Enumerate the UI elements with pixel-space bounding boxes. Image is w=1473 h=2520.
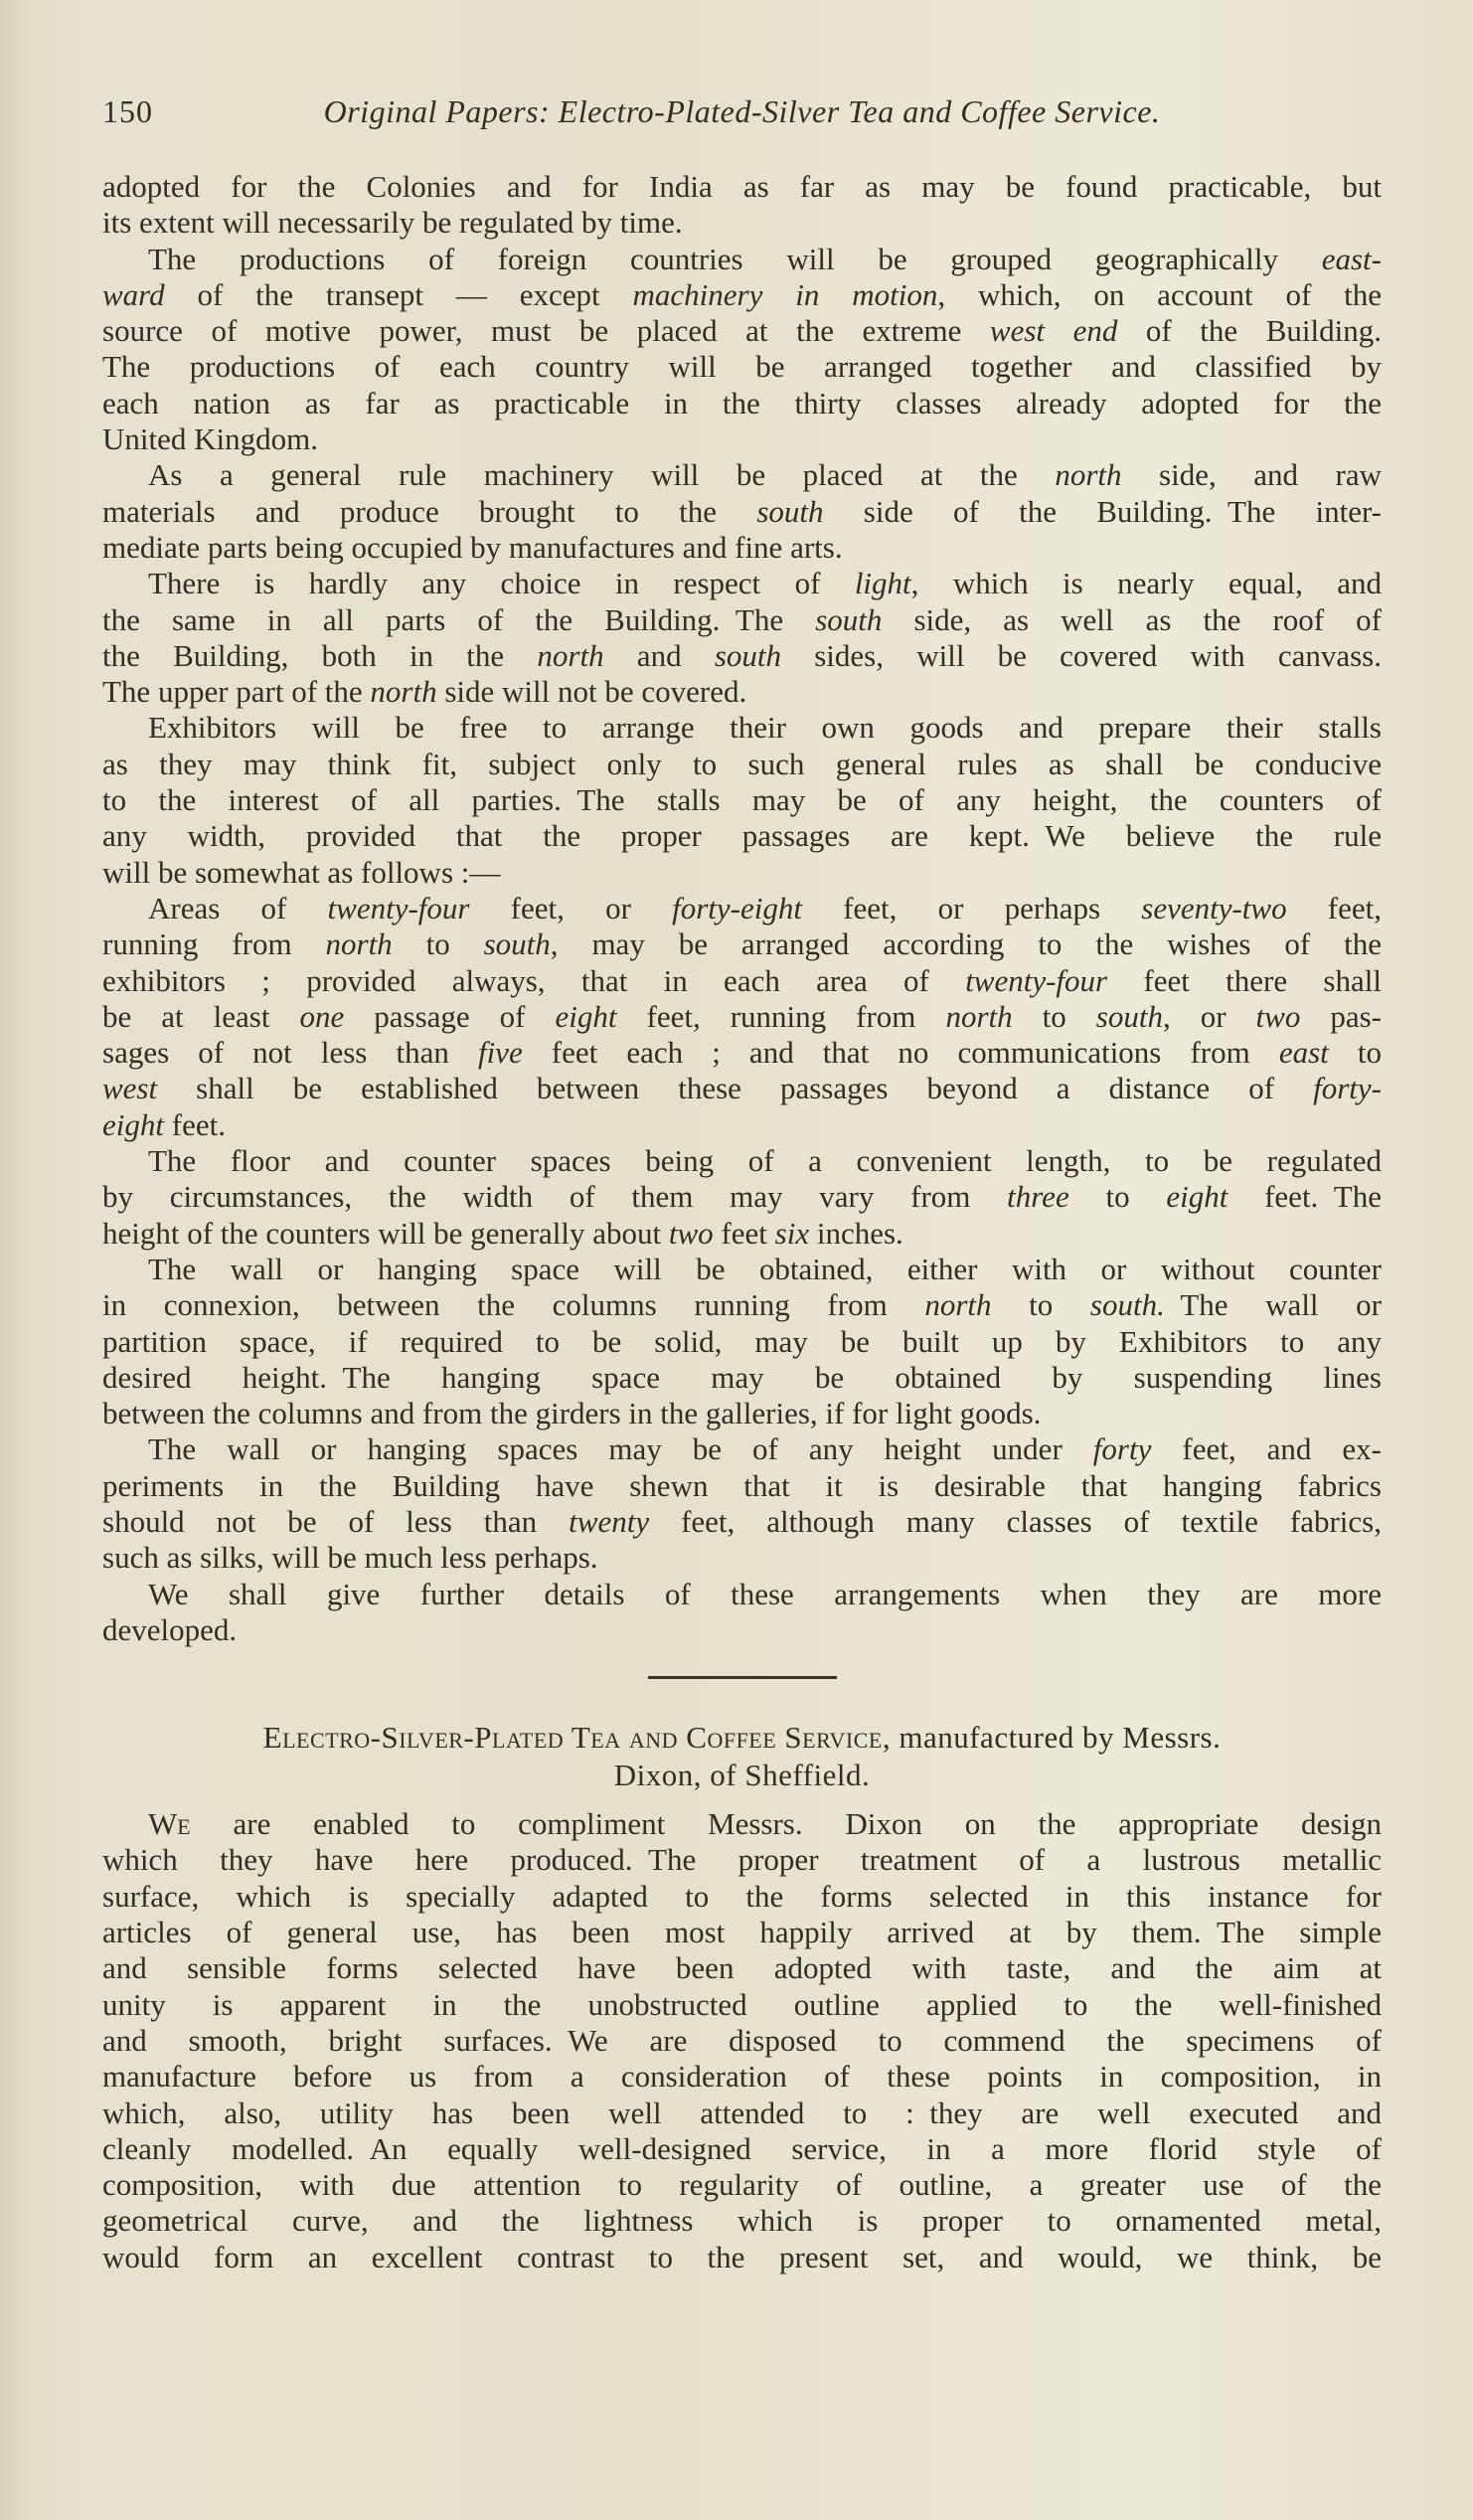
- text-run: We shall give further details of these a…: [148, 1577, 1382, 1611]
- text-run: articles of general use, has been most h…: [102, 1915, 1382, 1949]
- text-run: source of motive power, must be placed a…: [102, 313, 990, 348]
- running-title: Original Papers: Electro-Plated-Silver T…: [102, 91, 1382, 131]
- text-run: which, also, utility has been well atten…: [102, 2096, 1382, 2130]
- text-run: side, and raw: [1122, 457, 1383, 492]
- italic-text-run: light: [855, 566, 911, 600]
- text-run: sides, will be covered with canvass.: [781, 638, 1382, 673]
- text-run: adopted for the Colonies and for India a…: [102, 169, 1382, 204]
- text-run: its extent will necessarily be regulated…: [102, 205, 683, 240]
- text-line: the same in all parts of the Building. T…: [102, 602, 1382, 638]
- text-run: mediate parts being occupied by manufact…: [102, 530, 843, 565]
- text-line: its extent will necessarily be regulated…: [102, 205, 1382, 241]
- text-run: shall be established between these passa…: [157, 1071, 1313, 1105]
- text-run: feet, or perhaps: [802, 891, 1141, 925]
- text-run: , may be arranged according to the wishe…: [551, 926, 1382, 961]
- text-run: As a general rule machinery will be plac…: [148, 457, 1055, 492]
- text-run: and sensible forms selected have been ad…: [102, 1950, 1382, 1985]
- text-run: manufactured by Messrs.: [891, 1720, 1221, 1755]
- text-line: The wall or hanging space will be obtain…: [102, 1252, 1382, 1287]
- text-line: any width, provided that the proper pass…: [102, 818, 1382, 854]
- text-run: and smooth, bright surfaces. We are disp…: [102, 2023, 1382, 2058]
- italic-text-run: north: [326, 926, 393, 961]
- text-line: composition, with due attention to regul…: [102, 2167, 1382, 2203]
- page-body: adopted for the Colonies and for India a…: [102, 169, 1382, 2275]
- text-line: which they have here produced. The prope…: [102, 1842, 1382, 1878]
- scanned-book-page: Original Papers: Electro-Plated-Silver T…: [0, 0, 1473, 2520]
- text-line: should not be of less than twenty feet, …: [102, 1504, 1382, 1540]
- text-run: will be somewhat as follows :—: [102, 855, 500, 890]
- italic-text-run: machinery in motion: [633, 277, 938, 312]
- text-line: adopted for the Colonies and for India a…: [102, 169, 1382, 205]
- text-run: to: [1069, 1179, 1167, 1214]
- text-run: , which, on account of the: [937, 277, 1382, 312]
- text-line: and sensible forms selected have been ad…: [102, 1950, 1382, 1986]
- paragraph: We shall give further details of these a…: [102, 1577, 1382, 1649]
- italic-text-run: south: [484, 926, 551, 961]
- paragraph: adopted for the Colonies and for India a…: [102, 169, 1382, 242]
- text-line: be at least one passage of eight feet, r…: [102, 999, 1382, 1035]
- text-run: The upper part of the: [102, 674, 370, 709]
- text-run: the Building, both in the: [102, 638, 537, 673]
- text-run: geometrical curve, and the lightness whi…: [102, 2203, 1382, 2238]
- text-run: as they may think fit, subject only to s…: [102, 747, 1382, 781]
- text-line: mediate parts being occupied by manufact…: [102, 530, 1382, 566]
- italic-text-run: south: [815, 602, 882, 637]
- italic-text-run: eight: [556, 999, 617, 1034]
- text-line: as they may think fit, subject only to s…: [102, 747, 1382, 782]
- paragraph: The wall or hanging space will be obtain…: [102, 1252, 1382, 1431]
- text-run: be at least: [102, 999, 299, 1034]
- text-line: and smooth, bright surfaces. We are disp…: [102, 2023, 1382, 2059]
- text-run: desired height. The hanging space may be…: [102, 1360, 1382, 1395]
- text-line: The floor and counter spaces being of a …: [102, 1143, 1382, 1179]
- text-run: Dixon, of Sheffield.: [614, 1758, 870, 1792]
- text-run: The productions of foreign countries wil…: [148, 242, 1322, 276]
- text-run: cleanly modelled. An equally well-design…: [102, 2131, 1382, 2166]
- text-run: inches.: [809, 1216, 903, 1251]
- italic-text-run: one: [299, 999, 344, 1034]
- italic-text-run: south: [715, 638, 781, 673]
- italic-text-run: forty-eight: [672, 891, 802, 925]
- text-line: We shall give further details of these a…: [102, 1577, 1382, 1612]
- text-run: side of the Building. The inter-: [824, 494, 1383, 529]
- text-run: feet, running from: [617, 999, 946, 1034]
- italic-text-run: east-: [1322, 242, 1382, 276]
- italic-text-run: twenty-four: [965, 963, 1107, 998]
- italic-text-run: forty-: [1313, 1071, 1382, 1105]
- text-run: The floor and counter spaces being of a …: [148, 1143, 1382, 1178]
- text-line: in connexion, between the columns runnin…: [102, 1287, 1382, 1323]
- text-run: should not be of less than: [102, 1504, 569, 1539]
- italic-text-run: south.: [1090, 1287, 1165, 1322]
- text-run: running from: [102, 926, 326, 961]
- text-run: manufacture before us from a considerati…: [102, 2059, 1382, 2094]
- text-line: to the interest of all parties. The stal…: [102, 782, 1382, 818]
- paragraph: The wall or hanging spaces may be of any…: [102, 1431, 1382, 1576]
- text-line: geometrical curve, and the lightness whi…: [102, 2203, 1382, 2239]
- text-line: eight feet.: [102, 1107, 1382, 1143]
- text-line: height of the counters will be generally…: [102, 1216, 1382, 1252]
- italic-text-run: eight: [1166, 1179, 1227, 1214]
- text-run: and: [604, 638, 715, 673]
- article-review: Electro-Silver-Plated Tea and Coffee Ser…: [102, 1719, 1382, 2275]
- italic-text-run: south: [756, 494, 823, 529]
- text-run: sages of not less than: [102, 1035, 478, 1070]
- text-run: are enabled to compliment Messrs. Dixon …: [191, 1806, 1382, 1841]
- text-run: Exhibitors will be free to arrange their…: [148, 710, 1382, 745]
- smallcaps-text-run: We: [148, 1806, 191, 1841]
- paragraph: Exhibitors will be free to arrange their…: [102, 710, 1382, 890]
- italic-text-run: north: [370, 674, 436, 709]
- text-run: feet. The: [1227, 1179, 1382, 1214]
- text-line: which, also, utility has been well atten…: [102, 2096, 1382, 2131]
- text-run: to: [1329, 1035, 1382, 1070]
- text-run: of the transept — except: [165, 277, 633, 312]
- text-line: cleanly modelled. An equally well-design…: [102, 2131, 1382, 2167]
- section-divider-rule: [648, 1676, 837, 1679]
- text-run: Areas of: [148, 891, 328, 925]
- text-line: desired height. The hanging space may be…: [102, 1360, 1382, 1396]
- article-review-body: We are enabled to compliment Messrs. Dix…: [102, 1806, 1382, 2275]
- italic-text-run: two: [1256, 999, 1301, 1034]
- text-run: in connexion, between the columns runnin…: [102, 1287, 924, 1322]
- text-line: each nation as far as practicable in the…: [102, 386, 1382, 421]
- text-run: feet: [714, 1216, 775, 1251]
- page-header: Original Papers: Electro-Plated-Silver T…: [102, 91, 1382, 131]
- text-run: by circumstances, the width of them may …: [102, 1179, 1007, 1214]
- text-line: by circumstances, the width of them may …: [102, 1179, 1382, 1215]
- text-line: exhibitors ; provided always, that in ea…: [102, 963, 1382, 999]
- italic-text-run: west end: [990, 313, 1117, 348]
- text-run: would form an excellent contrast to the …: [102, 2240, 1382, 2274]
- italic-text-run: forty: [1093, 1431, 1152, 1466]
- paragraph: Areas of twenty-four feet, or forty-eigh…: [102, 891, 1382, 1143]
- text-run: to: [1013, 999, 1096, 1034]
- text-run: side, as well as the roof of: [882, 602, 1382, 637]
- text-line: There is hardly any choice in respect of…: [102, 566, 1382, 601]
- paragraph: The productions of foreign countries wil…: [102, 242, 1382, 458]
- text-line: running from north to south, may be arra…: [102, 926, 1382, 962]
- text-run: partition space, if required to be solid…: [102, 1324, 1382, 1359]
- text-run: side will not be covered.: [437, 674, 747, 709]
- text-line: between the columns and from the girders…: [102, 1396, 1382, 1431]
- italic-text-run: ward: [102, 277, 165, 312]
- italic-text-run: east: [1279, 1035, 1329, 1070]
- text-run: of the Building.: [1117, 313, 1382, 348]
- text-run: to: [393, 926, 484, 961]
- text-run: feet, and ex-: [1151, 1431, 1382, 1466]
- text-run: such as silks, will be much less perhaps…: [102, 1540, 598, 1575]
- text-line: The productions of each country will be …: [102, 349, 1382, 385]
- text-run: The wall or hanging space will be obtain…: [148, 1252, 1382, 1286]
- text-run: The productions of each country will be …: [102, 349, 1382, 384]
- text-line: will be somewhat as follows :—: [102, 855, 1382, 891]
- text-run: There is hardly any choice in respect of: [148, 566, 855, 600]
- text-run: United Kingdom.: [102, 421, 318, 456]
- text-line: Areas of twenty-four feet, or forty-eigh…: [102, 891, 1382, 926]
- text-line: partition space, if required to be solid…: [102, 1324, 1382, 1360]
- text-line: sages of not less than five feet each ; …: [102, 1035, 1382, 1071]
- text-run: passage of: [344, 999, 555, 1034]
- italic-text-run: eight: [102, 1107, 164, 1142]
- text-run: , which is nearly equal, and: [911, 566, 1382, 600]
- paragraph: The floor and counter spaces being of a …: [102, 1143, 1382, 1252]
- italic-text-run: five: [478, 1035, 523, 1070]
- text-run: each nation as far as practicable in the…: [102, 386, 1382, 420]
- text-line: ward of the transept — except machinery …: [102, 277, 1382, 313]
- italic-text-run: north: [537, 638, 603, 673]
- text-line: such as silks, will be much less perhaps…: [102, 1540, 1382, 1576]
- italic-text-run: three: [1007, 1179, 1069, 1214]
- text-line: periments in the Building have shewn tha…: [102, 1468, 1382, 1504]
- text-line: unity is apparent in the unobstructed ou…: [102, 1987, 1382, 2023]
- text-run: unity is apparent in the unobstructed ou…: [102, 1987, 1382, 2022]
- text-run: materials and produce brought to the: [102, 494, 756, 529]
- text-line: surface, which is specially adapted to t…: [102, 1879, 1382, 1915]
- text-run: pas-: [1300, 999, 1382, 1034]
- text-line: The wall or hanging spaces may be of any…: [102, 1431, 1382, 1467]
- text-run: to the interest of all parties. The stal…: [102, 782, 1382, 817]
- smallcaps-text-run: Electro-Silver-Plated Tea and Coffee Ser…: [263, 1720, 891, 1755]
- text-run: which they have here produced. The prope…: [102, 1842, 1382, 1877]
- text-run: feet, although many classes of textile f…: [649, 1504, 1382, 1539]
- text-line: As a general rule machinery will be plac…: [102, 457, 1382, 493]
- italic-text-run: twenty: [569, 1504, 649, 1539]
- text-run: The wall or: [1165, 1287, 1382, 1322]
- text-line: The upper part of the north side will no…: [102, 674, 1382, 710]
- text-line: source of motive power, must be placed a…: [102, 313, 1382, 349]
- text-run: the same in all parts of the Building. T…: [102, 602, 815, 637]
- text-line: The productions of foreign countries wil…: [102, 242, 1382, 277]
- paragraph: We are enabled to compliment Messrs. Dix…: [102, 1806, 1382, 2275]
- text-run: feet each ; and that no communications f…: [523, 1035, 1279, 1070]
- heading-line: Electro-Silver-Plated Tea and Coffee Ser…: [102, 1719, 1382, 1757]
- text-run: to: [992, 1287, 1090, 1322]
- text-run: feet.: [164, 1107, 226, 1142]
- text-line: manufacture before us from a considerati…: [102, 2059, 1382, 2095]
- text-line: We are enabled to compliment Messrs. Dix…: [102, 1806, 1382, 1842]
- text-run: feet, or: [469, 891, 672, 925]
- paragraph: As a general rule machinery will be plac…: [102, 457, 1382, 566]
- article-heading: Electro-Silver-Plated Tea and Coffee Ser…: [102, 1719, 1382, 1794]
- italic-text-run: north: [924, 1287, 991, 1322]
- text-run: feet,: [1287, 891, 1382, 925]
- italic-text-run: west: [102, 1071, 157, 1105]
- italic-text-run: south: [1096, 999, 1163, 1034]
- text-run: feet there shall: [1107, 963, 1382, 998]
- text-run: developed.: [102, 1612, 237, 1647]
- text-run: any width, provided that the proper pass…: [102, 818, 1382, 853]
- italic-text-run: six: [775, 1216, 809, 1251]
- text-run: surface, which is specially adapted to t…: [102, 1879, 1382, 1914]
- text-run: between the columns and from the girders…: [102, 1396, 1041, 1430]
- text-line: United Kingdom.: [102, 421, 1382, 457]
- text-run: , or: [1163, 999, 1256, 1034]
- heading-line: Dixon, of Sheffield.: [102, 1757, 1382, 1794]
- text-line: materials and produce brought to the sou…: [102, 494, 1382, 530]
- text-run: height of the counters will be generally…: [102, 1216, 669, 1251]
- text-run: The wall or hanging spaces may be of any…: [148, 1431, 1093, 1466]
- article-exhibition-rules: adopted for the Colonies and for India a…: [102, 169, 1382, 1648]
- paragraph: There is hardly any choice in respect of…: [102, 566, 1382, 710]
- text-line: the Building, both in the north and sout…: [102, 638, 1382, 674]
- italic-text-run: twenty-four: [328, 891, 470, 925]
- text-line: developed.: [102, 1612, 1382, 1648]
- text-run: exhibitors ; provided always, that in ea…: [102, 963, 965, 998]
- italic-text-run: north: [1055, 457, 1121, 492]
- text-run: periments in the Building have shewn tha…: [102, 1468, 1382, 1503]
- text-run: composition, with due attention to regul…: [102, 2167, 1382, 2202]
- text-line: articles of general use, has been most h…: [102, 1915, 1382, 1950]
- italic-text-run: seventy-two: [1141, 891, 1286, 925]
- text-line: Exhibitors will be free to arrange their…: [102, 710, 1382, 746]
- text-line: west shall be established between these …: [102, 1071, 1382, 1106]
- italic-text-run: north: [945, 999, 1012, 1034]
- text-line: would form an excellent contrast to the …: [102, 2240, 1382, 2275]
- italic-text-run: two: [669, 1216, 714, 1251]
